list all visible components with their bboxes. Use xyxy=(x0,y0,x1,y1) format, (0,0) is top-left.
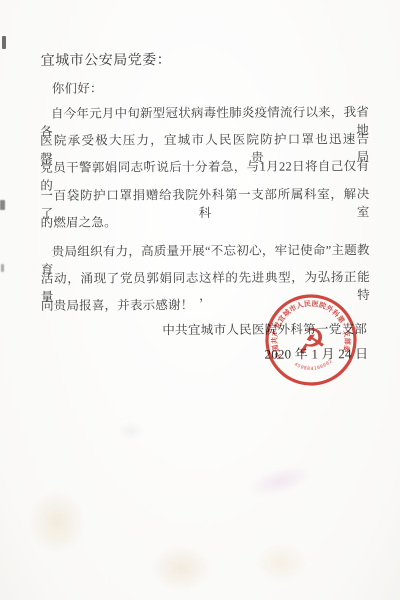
signature-line: 中共宜城市人民医院外科第一党支部 xyxy=(127,320,367,339)
paragraph1-line-5: 的燃眉之急。 xyxy=(41,212,370,232)
scanned-letter-page: 宜城市公安局党委： 你们好： 自今年元月中旬新型冠状病毒性肺炎疫情流行以来，我省… xyxy=(0,0,400,600)
paragraph2-line-1: 贵局组织有力，高质量开展“不忘初心，牢记使命”主题教育 xyxy=(41,241,370,261)
paragraph1-line-3: 党员干警郭娟同志听说后十分着急，与1月22日将自己仅有的 xyxy=(40,157,369,177)
salutation-line: 宜城市公安局党委： xyxy=(41,51,370,71)
paragraph1-line-4: 一百袋防护口罩捐赠给我院外科第一支部所属科室，解决了科室 xyxy=(40,185,369,205)
letter-content: 宜城市公安局党委： 你们好： 自今年元月中旬新型冠状病毒性肺炎疫情流行以来，我省… xyxy=(0,0,400,600)
paragraph2-line-3: 向贵局报喜，并表示感谢！ xyxy=(41,295,370,315)
paragraph1-line-1: 自今年元月中旬新型冠状病毒性肺炎疫情流行以来，我省各地 xyxy=(40,103,369,123)
paragraph2-line-2: 活动，涌现了党员郭娟同志这样的先进典型，为弘扬正能量，特 xyxy=(41,268,370,288)
greeting-line: 你们好： xyxy=(52,78,381,98)
date-line: 2020 年 1 月 24 日 xyxy=(168,345,368,364)
paragraph1-line-2: 医院承受极大压力，宜城市人民医院防护口罩也迅速告罄，贵局 xyxy=(40,130,369,150)
